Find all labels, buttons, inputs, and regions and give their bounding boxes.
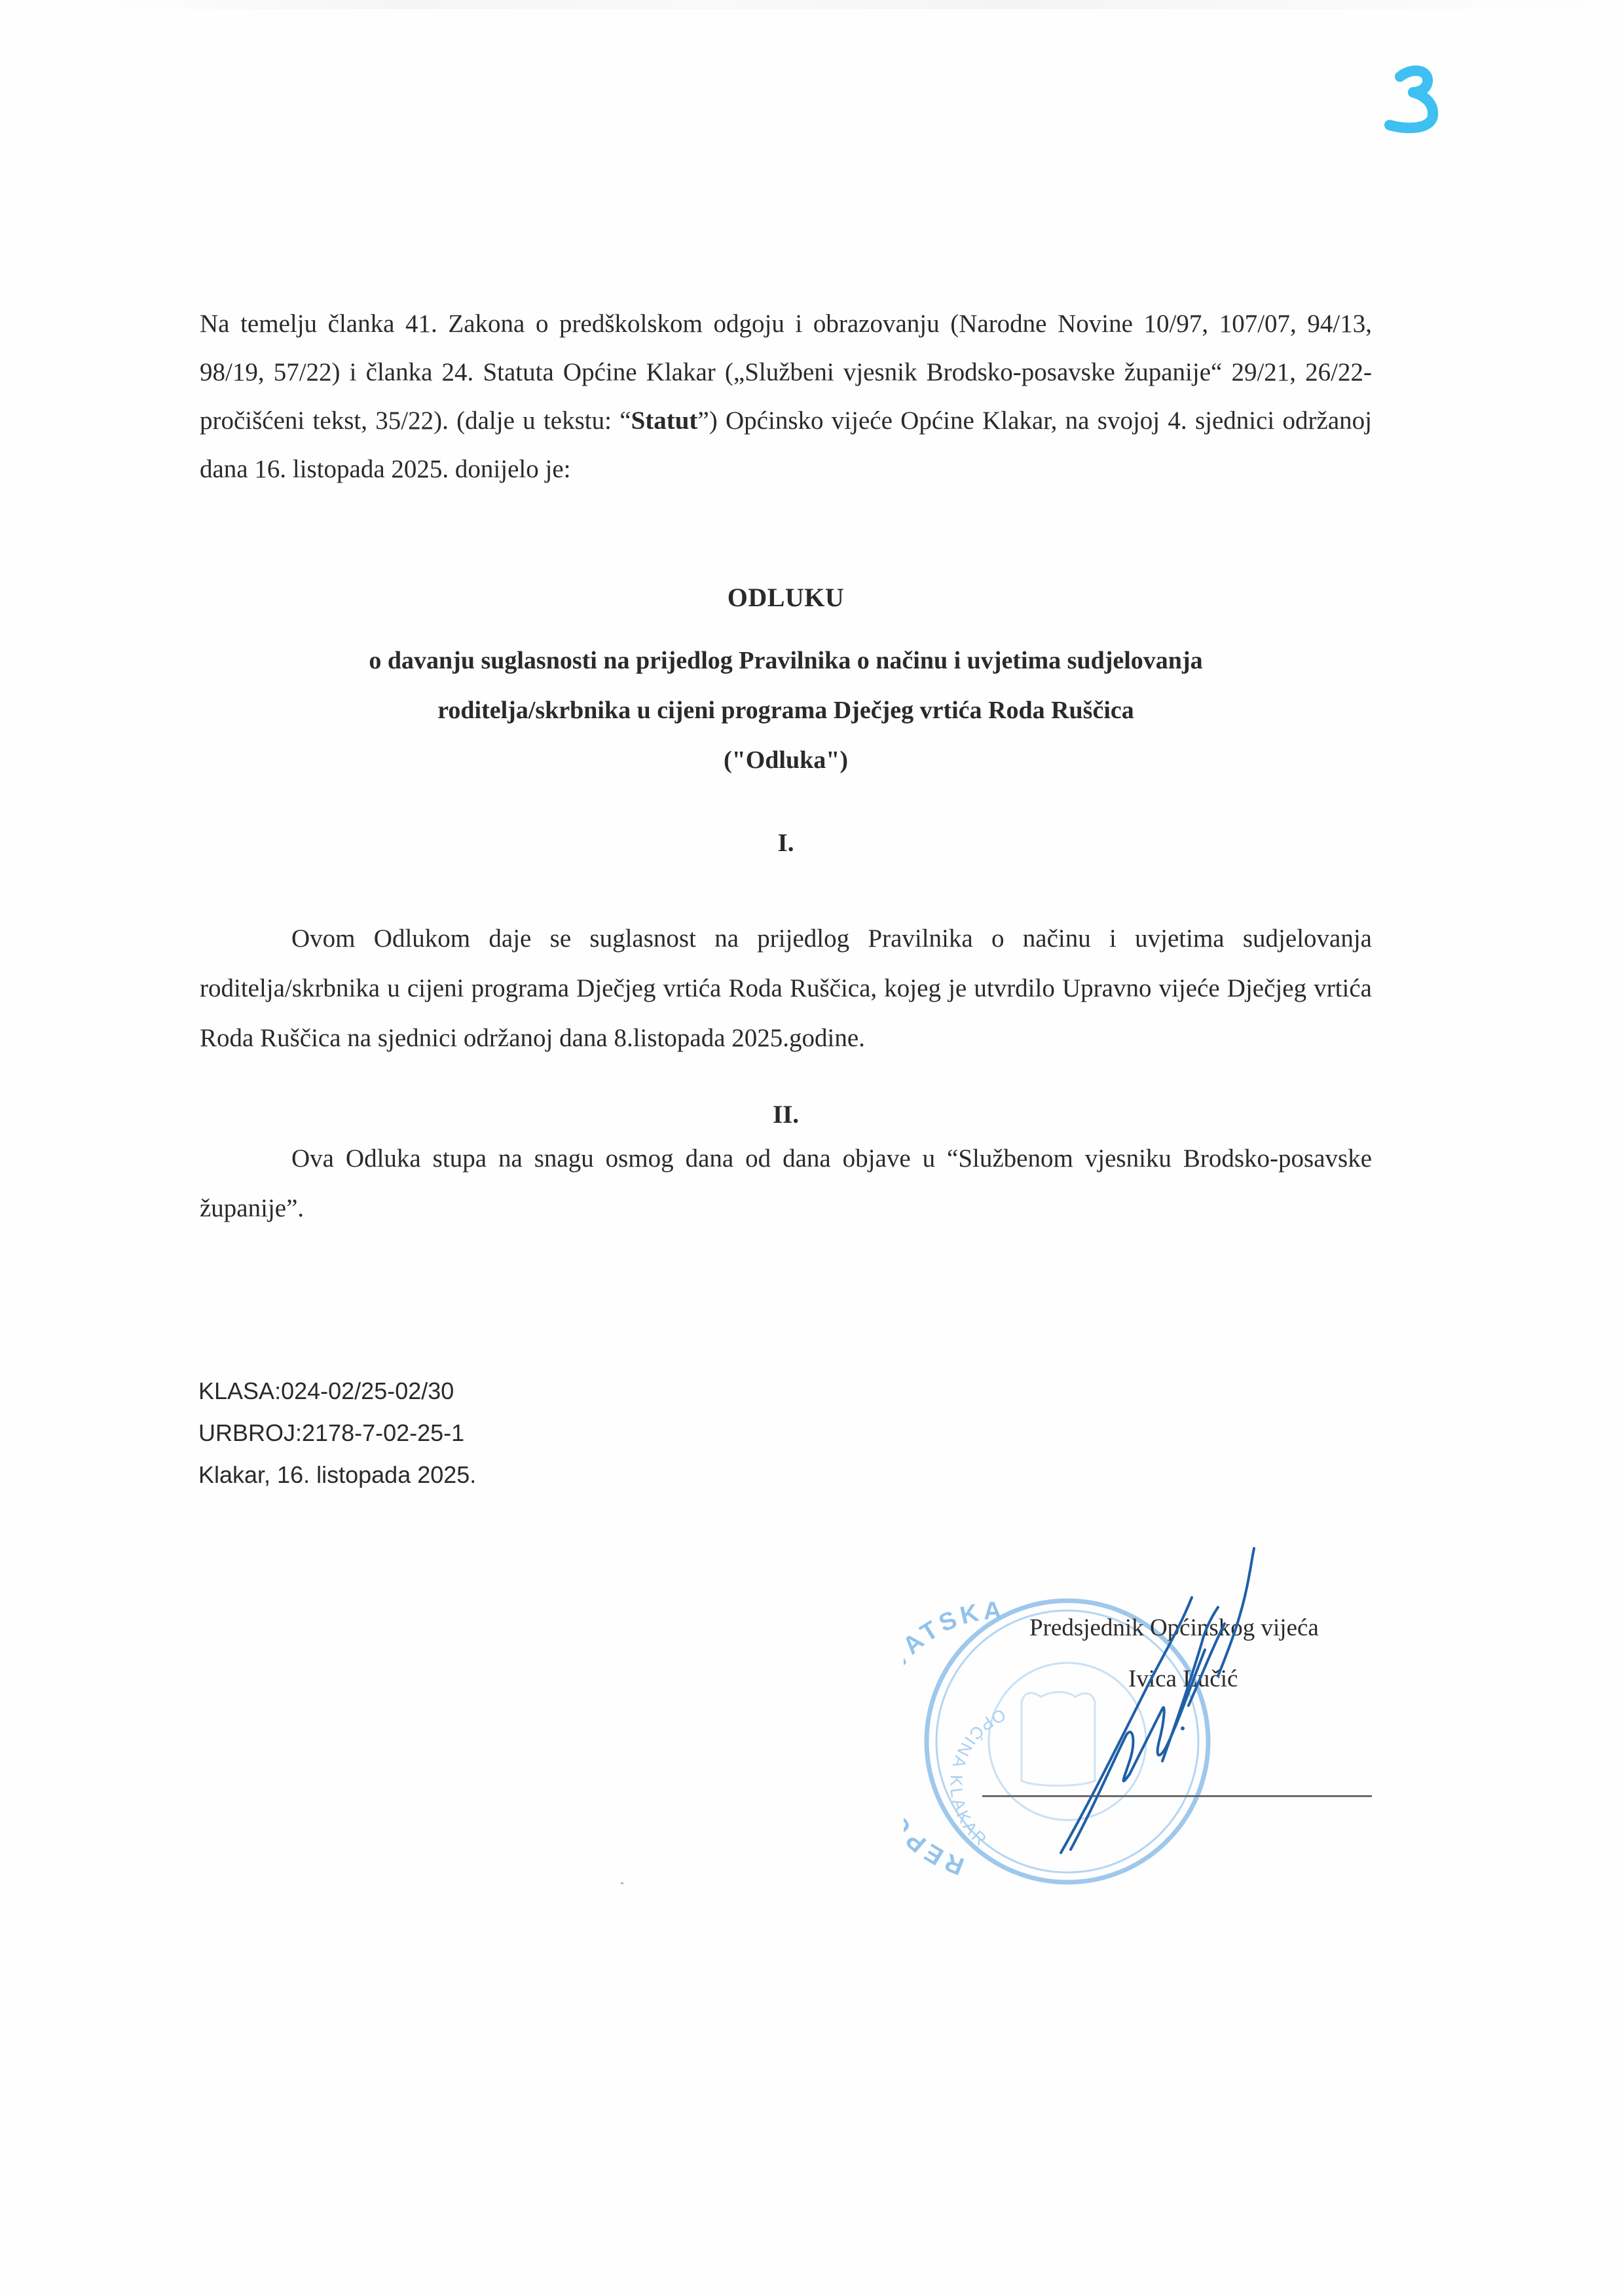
handwritten-page-number-icon (1382, 62, 1454, 141)
document-page: Na temelju članka 41. Zakona o predškols… (0, 0, 1624, 2296)
decision-title-block: ODLUKU o davanju suglasnosti na prijedlo… (196, 581, 1375, 785)
handwritten-signature-icon (904, 1545, 1401, 1886)
scan-speck (621, 1882, 623, 1884)
place-and-date: Klakar, 16. listopada 2025. (198, 1454, 476, 1496)
preamble-defined-term: Statut (631, 407, 698, 435)
article-2-text: Ova Odluka stupa na snagu osmog dana od … (200, 1134, 1372, 1233)
decision-short-name: ("Odluka") (196, 735, 1375, 785)
signature-area: REPUBLIKA HRVATSKA OPĆINA KLAKAR Predsje… (904, 1545, 1401, 1886)
preamble-paragraph: Na temelju članka 41. Zakona o predškols… (200, 300, 1372, 494)
urbroj-number: URBROJ:2178-7-02-25-1 (198, 1412, 476, 1454)
klasa-number: KLASA:024-02/25-02/30 (198, 1370, 476, 1412)
article-1-text: Ovom Odlukom daje se suglasnost na prije… (200, 914, 1372, 1063)
reference-block: KLASA:024-02/25-02/30 URBROJ:2178-7-02-2… (198, 1370, 476, 1496)
decision-title: ODLUKU (196, 581, 1375, 614)
article-1-heading: I. (196, 828, 1375, 858)
decision-subtitle-line-1: o davanju suglasnosti na prijedlog Pravi… (196, 636, 1375, 685)
article-2-heading: II. (196, 1100, 1375, 1129)
scan-artifact (98, 0, 1624, 9)
decision-subtitle-line-2: roditelja/skrbnika u cijeni programa Dje… (196, 685, 1375, 735)
